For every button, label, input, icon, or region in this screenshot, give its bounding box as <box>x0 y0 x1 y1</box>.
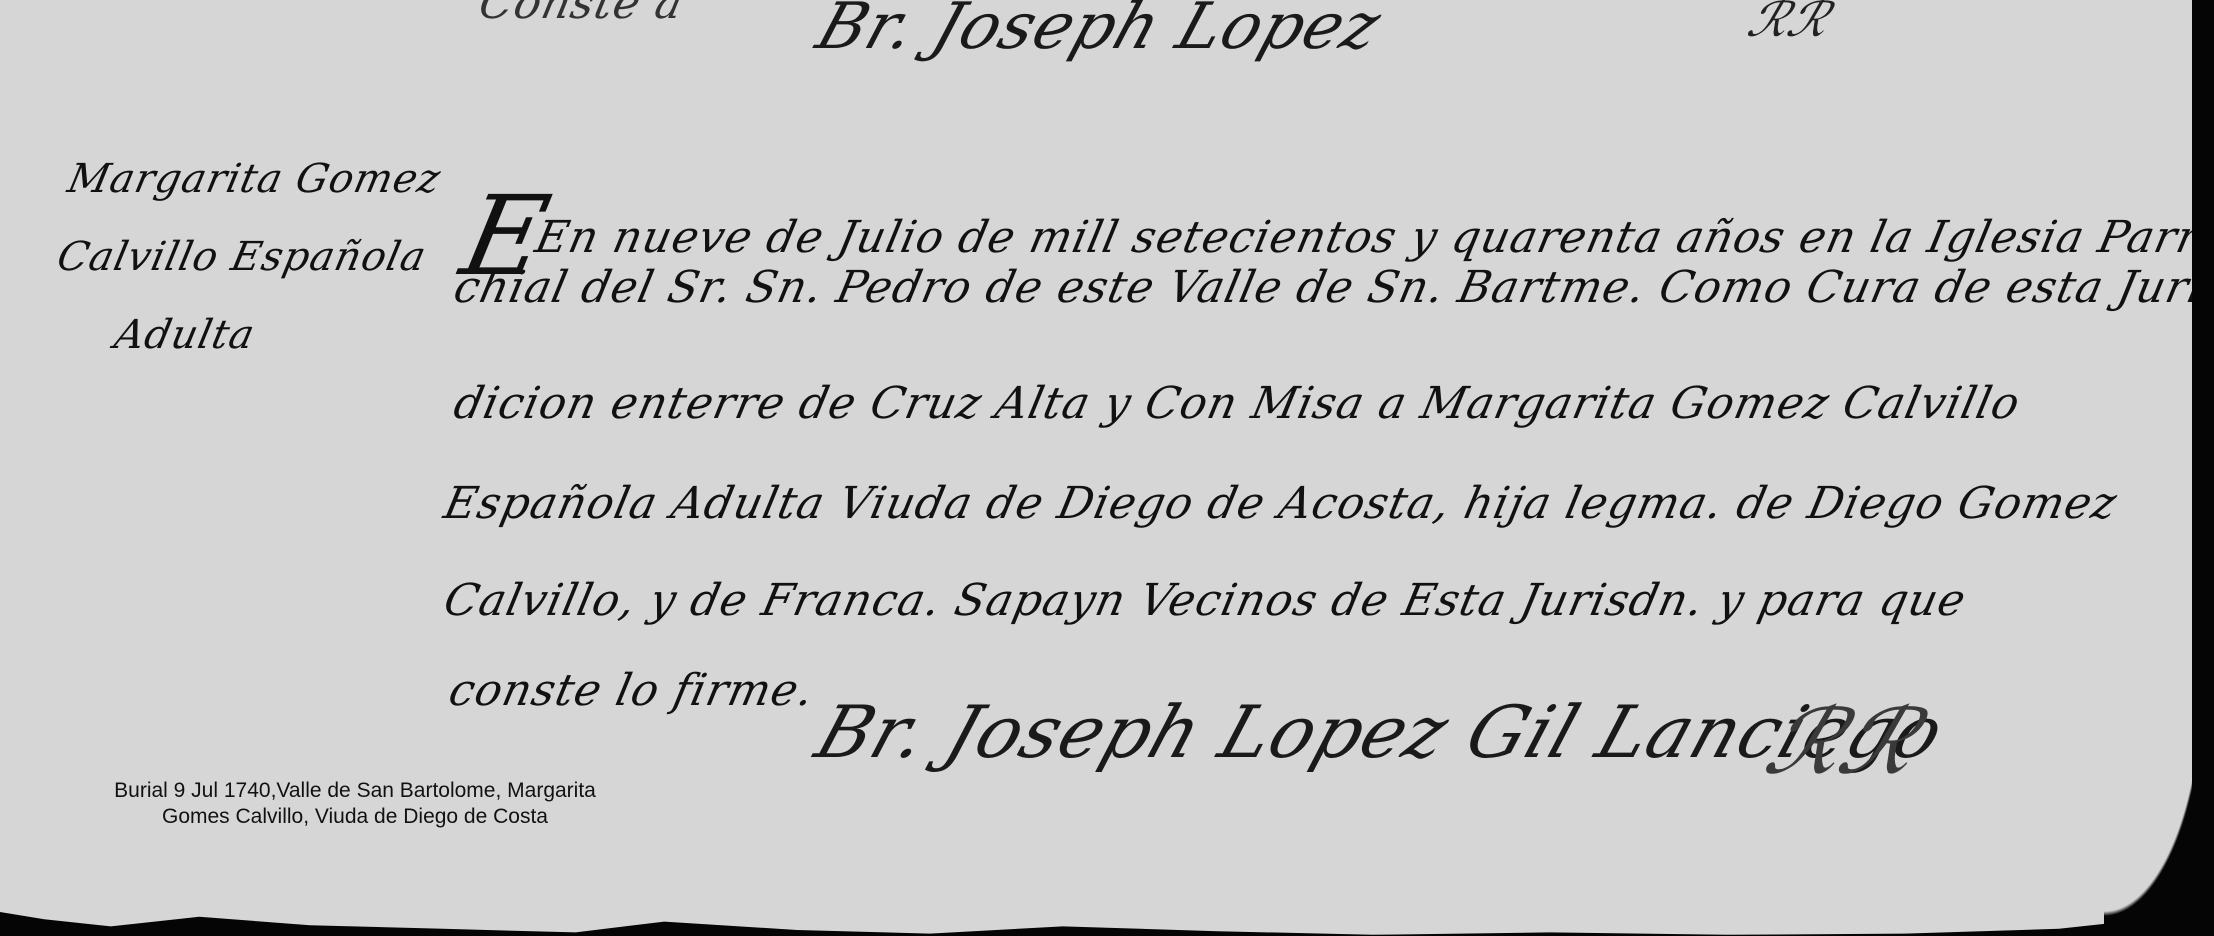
previous-entry-remnant: Conste a <box>475 0 689 29</box>
body-line-5: Calvillo, y de Franca. Sapayn Vecinos de… <box>440 575 1971 626</box>
caption-line-2: Gomes Calvillo, Viuda de Diego de Costa <box>60 804 650 830</box>
scan-border-corner <box>2104 676 2214 936</box>
body-line-4: Española Adulta Viuda de Diego de Acosta… <box>440 478 2122 529</box>
margin-note: Margarita Gomez Calvillo Española Adulta <box>27 140 450 374</box>
scan-border-bottom <box>0 912 2214 936</box>
body-line-3: dicion enterre de Cruz Alta y Con Misa a… <box>450 378 2025 429</box>
body-line-1: EEn nueve de Julio de mill setecientos y… <box>456 150 2214 278</box>
body-line-text: En nueve de Julio de mill setecientos y … <box>531 212 2214 263</box>
body-line-2: chial del Sr. Sn. Pedro de este Valle de… <box>450 262 2214 313</box>
caption-line-1: Burial 9 Jul 1740,Valle de San Bartolome… <box>60 778 650 804</box>
previous-entry-signature: Br. Joseph Lopez <box>808 0 1390 64</box>
margin-note-line: Calvillo Española <box>44 218 434 296</box>
record-caption: Burial 9 Jul 1740,Valle de San Bartolome… <box>60 778 650 830</box>
body-line-6: conste lo firme. <box>445 665 819 716</box>
margin-note-line: Adulta <box>27 296 417 374</box>
manuscript-page: Conste a Br. Joseph Lopez ℛℛ Margarita G… <box>0 0 2214 936</box>
margin-note-line: Margarita Gomez <box>60 140 450 218</box>
previous-rubric: ℛℛ <box>1741 0 1838 48</box>
